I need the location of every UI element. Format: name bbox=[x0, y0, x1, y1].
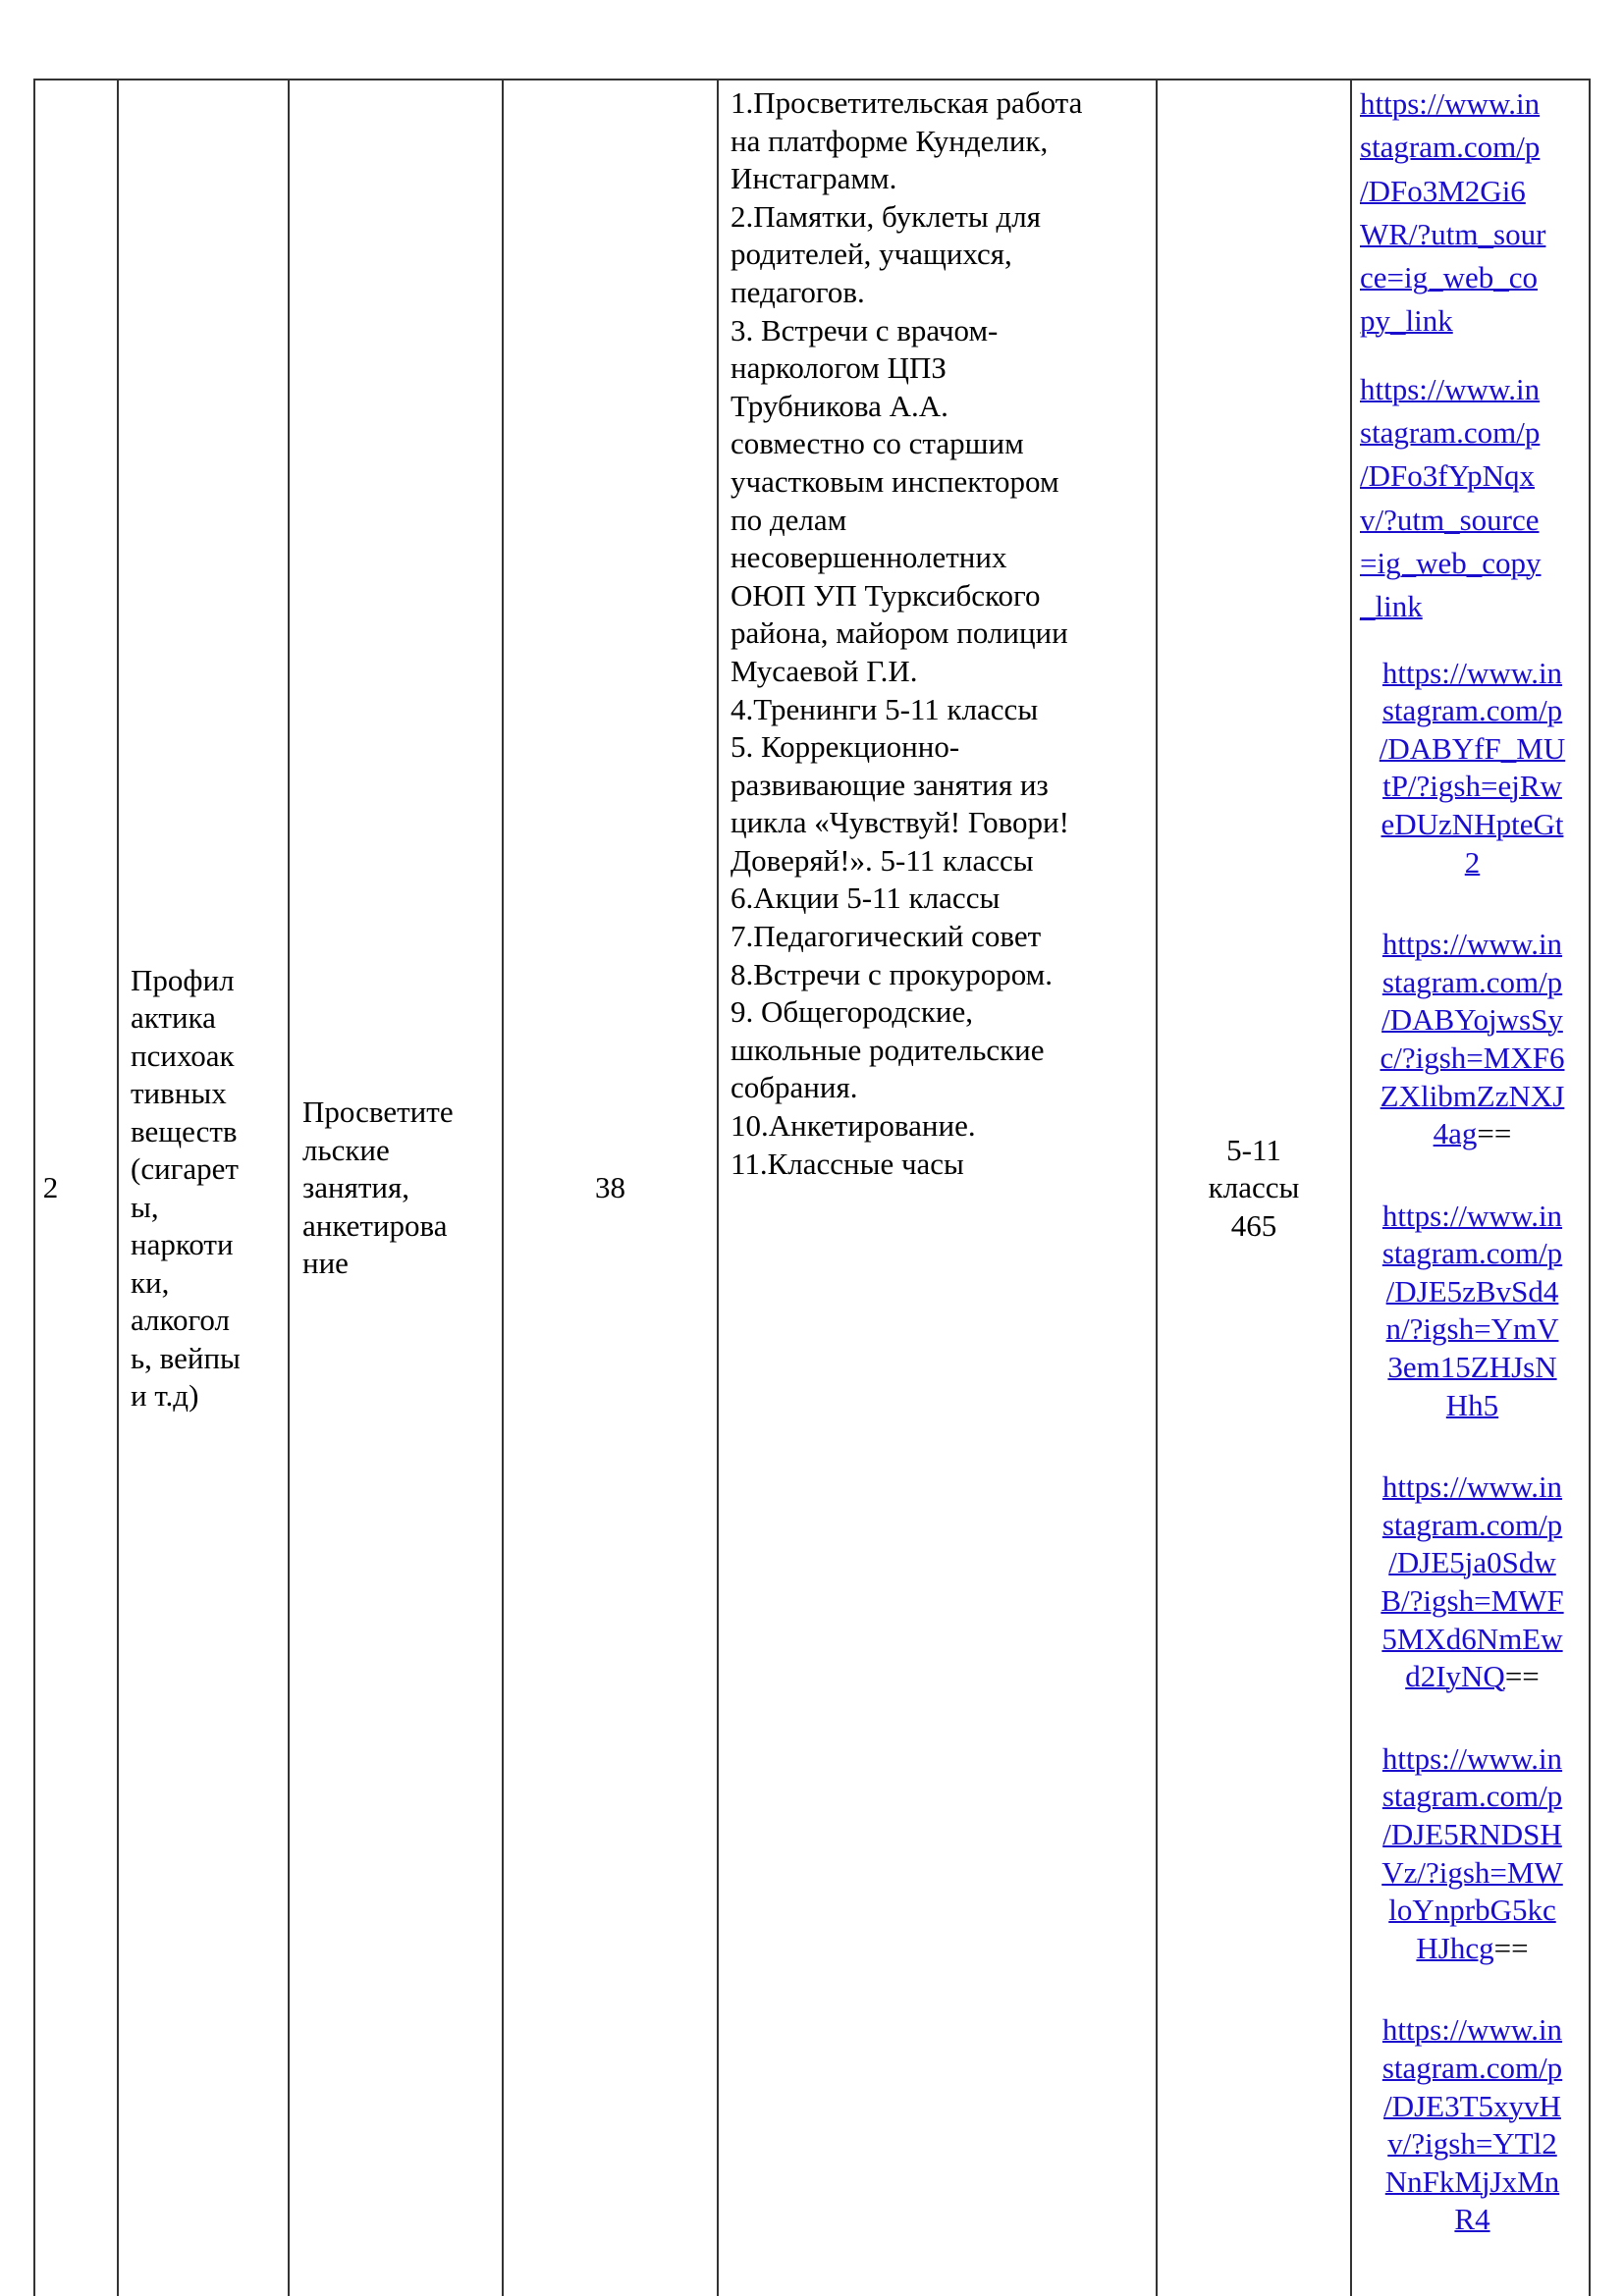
form-cell: Просветите льские занятия, анкетирова ни… bbox=[289, 80, 503, 2296]
instagram-link-3[interactable]: https://www.in stagram.com/p /DABYfF_MU … bbox=[1380, 656, 1565, 880]
link-suffix: == bbox=[1505, 1659, 1540, 1693]
link-suffix: == bbox=[1477, 1116, 1511, 1150]
instagram-link-7[interactable]: https://www.in stagram.com/p /DJE5RNDSH … bbox=[1381, 1741, 1563, 1965]
instagram-link-8[interactable]: https://www.in stagram.com/p /DJE3T5xyvH… bbox=[1382, 2012, 1562, 2236]
table-row: 2 Профил актика психоак тивных веществ (… bbox=[34, 80, 1590, 2296]
form-text: Просветите льские занятия, анкетирова ни… bbox=[302, 1094, 498, 1283]
row-number: 2 bbox=[43, 1169, 59, 1207]
link-suffix: == bbox=[1494, 1931, 1529, 1965]
participants-text: 5-11 классы 465 bbox=[1158, 1132, 1350, 1246]
link-item: https://www.in stagram.com/p /DFo3fYpNqx… bbox=[1360, 368, 1585, 629]
participants-cell: 5-11 классы 465 bbox=[1157, 80, 1351, 2296]
topic-text: Профил актика психоак тивных веществ (си… bbox=[131, 962, 282, 1415]
events-list: 1.Просветительская работа на платформе К… bbox=[731, 84, 1146, 1183]
link-item: https://www.in stagram.com/p /DJE5zBvSd4… bbox=[1360, 1198, 1585, 1425]
instagram-link-1[interactable]: https://www.in stagram.com/p /DFo3M2Gi6 … bbox=[1360, 86, 1545, 338]
instagram-link-2[interactable]: https://www.in stagram.com/p /DFo3fYpNqx… bbox=[1360, 372, 1542, 623]
events-cell: 1.Просветительская работа на платформе К… bbox=[718, 80, 1157, 2296]
count-cell: 38 bbox=[503, 80, 718, 2296]
instagram-link-5[interactable]: https://www.in stagram.com/p /DJE5zBvSd4… bbox=[1382, 1199, 1562, 1422]
link-item: https://www.in stagram.com/p /DJE5RNDSH … bbox=[1360, 1740, 1585, 1968]
link-item: https://www.in stagram.com/p /DJE3T5xyvH… bbox=[1360, 2011, 1585, 2239]
link-item: https://www.in stagram.com/p /DABYojwsSy… bbox=[1360, 926, 1585, 1153]
activity-table: 2 Профил актика психоак тивных веществ (… bbox=[33, 79, 1591, 2296]
link-item: https://www.in stagram.com/p /DFo3M2Gi6 … bbox=[1360, 82, 1585, 344]
count-value: 38 bbox=[595, 1170, 625, 1204]
links-cell: https://www.in stagram.com/p /DFo3M2Gi6 … bbox=[1351, 80, 1590, 2296]
row-number-cell: 2 bbox=[34, 80, 118, 2296]
instagram-link-4[interactable]: https://www.in stagram.com/p /DABYojwsSy… bbox=[1380, 927, 1565, 1150]
link-item: https://www.in stagram.com/p /DABYfF_MU … bbox=[1360, 655, 1585, 882]
topic-cell: Профил актика психоак тивных веществ (си… bbox=[118, 80, 289, 2296]
link-item: https://www.in stagram.com/p /DJE5ja0Sdw… bbox=[1360, 1468, 1585, 1696]
